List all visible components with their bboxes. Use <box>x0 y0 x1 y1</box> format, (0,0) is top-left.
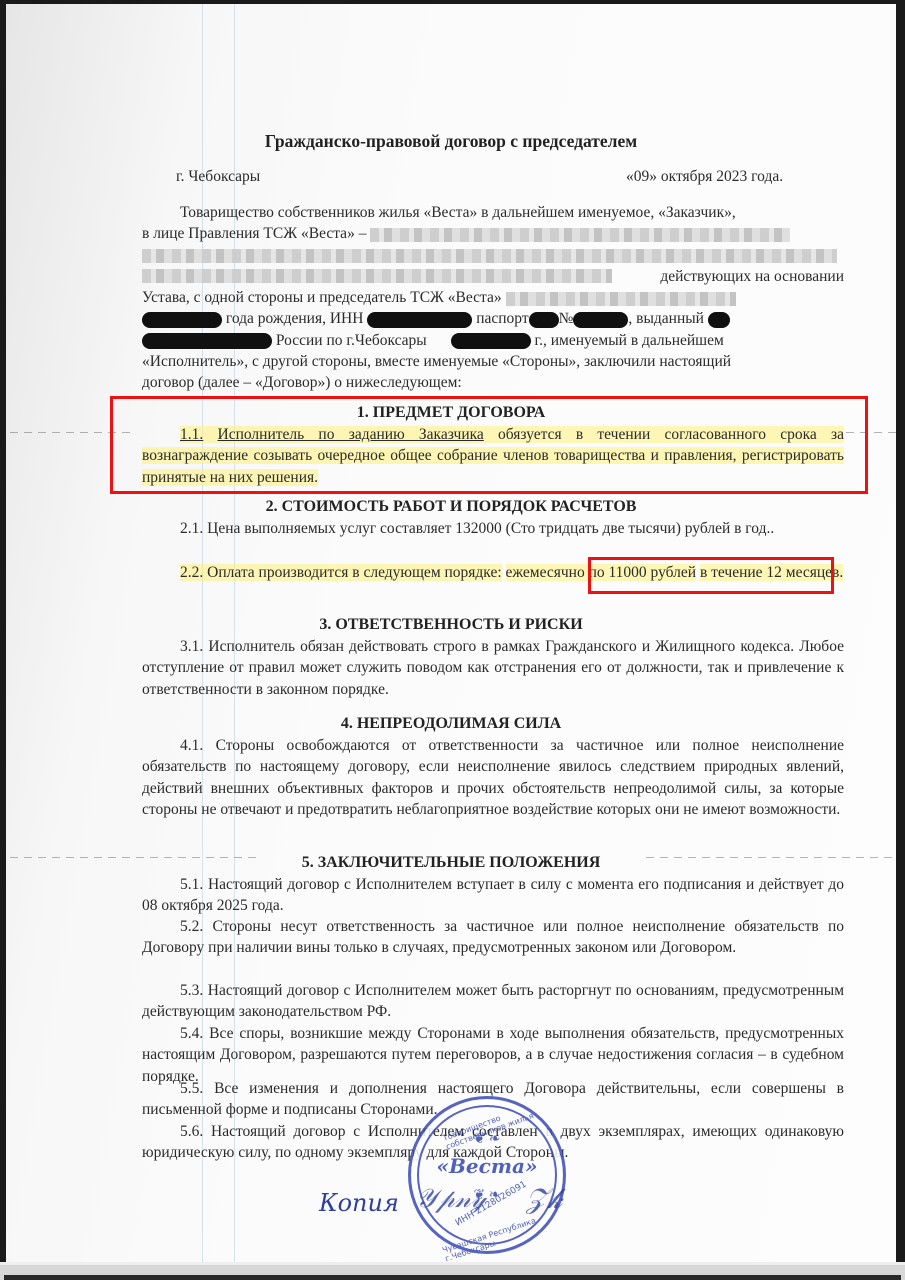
redacted-names <box>370 228 790 242</box>
document-date: «09» октября 2023 года. <box>626 168 783 186</box>
stamp-name: «Веста» <box>411 1154 563 1178</box>
signature-copy-mark: Копия <box>319 1189 399 1217</box>
redacted-issuer <box>142 333 272 349</box>
redacted-name <box>506 292 736 306</box>
document-title: Гражданско-правовой договор с председате… <box>6 131 896 152</box>
redacted-names <box>142 249 837 263</box>
annotation-box-payment <box>588 557 834 594</box>
redacted-issue-date <box>451 333 531 349</box>
section-heading-2: 2. СТОИМОСТЬ РАБОТ И ПОРЯДОК РАСЧЕТОВ <box>6 498 896 516</box>
clause-2-1: 2.1. Цена выполняемых услуг составляет 1… <box>142 518 844 539</box>
signature-chairman: 𝒴𝓅𝓃𝓎 <box>416 1184 486 1215</box>
next-page-edge <box>0 1262 905 1280</box>
clause-5-3: 5.3. Настоящий договор с Исполнителем мо… <box>142 980 844 1023</box>
redacted-birthdate <box>142 312 222 328</box>
signature-scribble: 𝒵𝓀 <box>526 1182 562 1216</box>
scanned-page: Гражданско-правовой договор с председате… <box>6 4 896 1262</box>
redacted-issuer <box>708 312 730 328</box>
redacted-passport-number <box>573 312 628 328</box>
annotation-box-section-1 <box>110 396 868 494</box>
redacted-names <box>142 269 612 283</box>
clause-3-1: 3.1. Исполнитель обязан действовать стро… <box>142 636 844 700</box>
section-heading-5: 5. ЗАКЛЮЧИТЕЛЬНЫЕ ПОЛОЖЕНИЯ <box>6 854 896 872</box>
organization-stamp: ❦ ❧ «Веста» ❦ ❧ Товарищество собственник… <box>408 1096 566 1254</box>
section-heading-4: 4. НЕПРЕОДОЛИМАЯ СИЛА <box>6 715 896 733</box>
clause-4-1: 4.1. Стороны освобождаются от ответствен… <box>142 735 844 820</box>
preamble: Товарищество собственников жилья «Веста»… <box>142 202 844 394</box>
section-heading-3: 3. ОТВЕТСТВЕННОСТЬ И РИСКИ <box>6 616 896 634</box>
document-city: г. Чебоксары <box>176 168 260 186</box>
redacted-passport-series <box>529 312 559 328</box>
clause-5-1: 5.1. Настоящий договор с Исполнителем вс… <box>142 874 844 917</box>
contract-document: Гражданско-правовой договор с председате… <box>6 4 896 1262</box>
clause-5-2: 5.2. Стороны несут ответственность за ча… <box>142 916 844 959</box>
redacted-inn <box>367 312 472 328</box>
